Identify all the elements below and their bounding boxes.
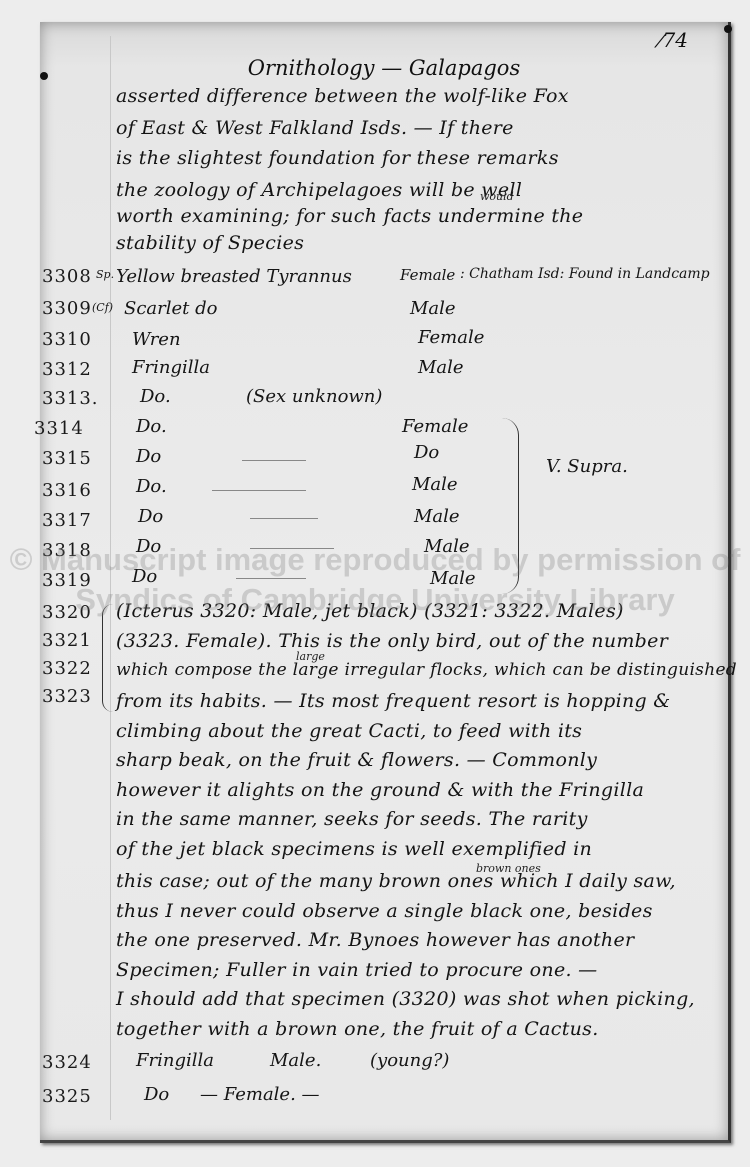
paragraph-line-8: in the same manner, seeks for seeds. The… xyxy=(116,808,702,830)
paragraph-line-10: this case; out of the many brown ones wh… xyxy=(116,870,702,892)
specimen-prefix: (Cf) xyxy=(92,301,113,314)
intro-line-4: the zoology of Archipelagoes will be wel… xyxy=(116,179,702,201)
group-number-3322: 3322 xyxy=(42,658,106,679)
specimen-name: Scarlet do xyxy=(124,298,217,319)
specimen-name: Fringilla xyxy=(132,357,210,378)
specimen-number: 3324 xyxy=(42,1052,106,1073)
specimen-note: (young?) xyxy=(370,1050,449,1071)
specimen-sex: Female xyxy=(418,327,484,348)
specimen-name: Fringilla xyxy=(136,1050,214,1071)
ditto-dash xyxy=(242,460,306,461)
specimen-note: : Chatham Isd: Found in Landcamp xyxy=(460,266,710,282)
specimen-sex: Male xyxy=(418,357,464,378)
ditto-dash xyxy=(212,490,306,491)
specimen-sex: Female xyxy=(400,266,455,284)
specimen-sex: — Female. — xyxy=(200,1084,320,1105)
left-brace xyxy=(102,604,113,712)
paragraph-line-5: climbing about the great Cacti, to feed … xyxy=(116,720,702,742)
insertion-would: would xyxy=(480,190,514,203)
ditto-dash xyxy=(236,578,306,579)
paragraph-line-15: together with a brown one, the fruit of … xyxy=(116,1018,702,1040)
specimen-sex: (Sex unknown) xyxy=(246,386,382,407)
specimen-sex: Male xyxy=(410,298,456,319)
intro-line-5: worth examining; for such facts undermin… xyxy=(116,205,702,227)
paragraph-line-9: of the jet black specimens is well exemp… xyxy=(116,838,702,860)
specimen-sex: Male. xyxy=(270,1050,321,1071)
specimen-name: Do. xyxy=(136,416,167,437)
specimen-number: 3314 xyxy=(34,418,98,439)
margin-line xyxy=(110,36,111,1120)
paragraph-line-11: thus I never could observe a single blac… xyxy=(116,900,702,922)
paragraph-line-13: Specimen; Fuller in vain tried to procur… xyxy=(116,959,702,981)
specimen-number: 3316 xyxy=(42,480,106,501)
bracket-note: V. Supra. xyxy=(546,456,628,477)
intro-line-2: of East & West Falkland Isds. — If there xyxy=(116,117,702,139)
specimen-number: 3325 xyxy=(42,1086,106,1107)
specimen-name: Yellow breasted Tyrannus xyxy=(116,266,352,287)
specimen-number: 3310 xyxy=(42,329,106,350)
ditto-dash xyxy=(250,518,318,519)
specimen-name: Do. xyxy=(140,386,171,407)
specimen-name: Do xyxy=(136,446,161,467)
paragraph-line-4: from its habits. — Its most frequent res… xyxy=(116,690,702,712)
specimen-name: Do. xyxy=(136,476,167,497)
watermark-line-1: © Manuscript image reproduced by permiss… xyxy=(0,542,750,578)
specimen-sex: Do xyxy=(414,442,439,463)
group-number-3321: 3321 xyxy=(42,630,106,651)
specimen-number: 3315 xyxy=(42,448,106,469)
paragraph-line-6: sharp beak, on the fruit & flowers. — Co… xyxy=(116,749,702,771)
page-title: Ornithology — Galapagos xyxy=(40,56,728,80)
paragraph-line-14: I should add that specimen (3320) was sh… xyxy=(116,988,702,1010)
intro-line-6: stability of Species xyxy=(116,232,702,254)
intro-line-3: is the slightest foundation for these re… xyxy=(116,147,702,169)
watermark-line-2: Syndics of Cambridge University Library xyxy=(0,582,750,618)
specimen-number: 3312 xyxy=(42,359,106,380)
specimen-number: 3317 xyxy=(42,510,106,531)
specimen-sex: Male xyxy=(414,506,460,527)
specimen-sex: Male xyxy=(412,474,458,495)
specimen-prefix: Sp. xyxy=(96,268,114,281)
page-number-value: 74 xyxy=(663,28,688,52)
specimen-sex: Female xyxy=(402,416,468,437)
intro-line-1: asserted difference between the wolf-lik… xyxy=(116,85,702,107)
binding-hole-corner xyxy=(724,25,732,33)
paragraph-line-7: however it alights on the ground & with … xyxy=(116,779,702,801)
specimen-name: Do xyxy=(144,1084,169,1105)
group-number-3323: 3323 xyxy=(42,686,106,707)
specimen-name: Wren xyxy=(132,329,181,350)
paragraph-line-3: which compose the large irregular flocks… xyxy=(116,660,702,680)
paragraph-line-2: (3323. Female). This is the only bird, o… xyxy=(116,630,702,652)
specimen-name: Do xyxy=(138,506,163,527)
paragraph-line-12: the one preserved. Mr. Bynoes however ha… xyxy=(116,929,702,951)
specimen-number: 3313. xyxy=(42,388,106,409)
page-number: ⁄74 xyxy=(659,28,688,52)
